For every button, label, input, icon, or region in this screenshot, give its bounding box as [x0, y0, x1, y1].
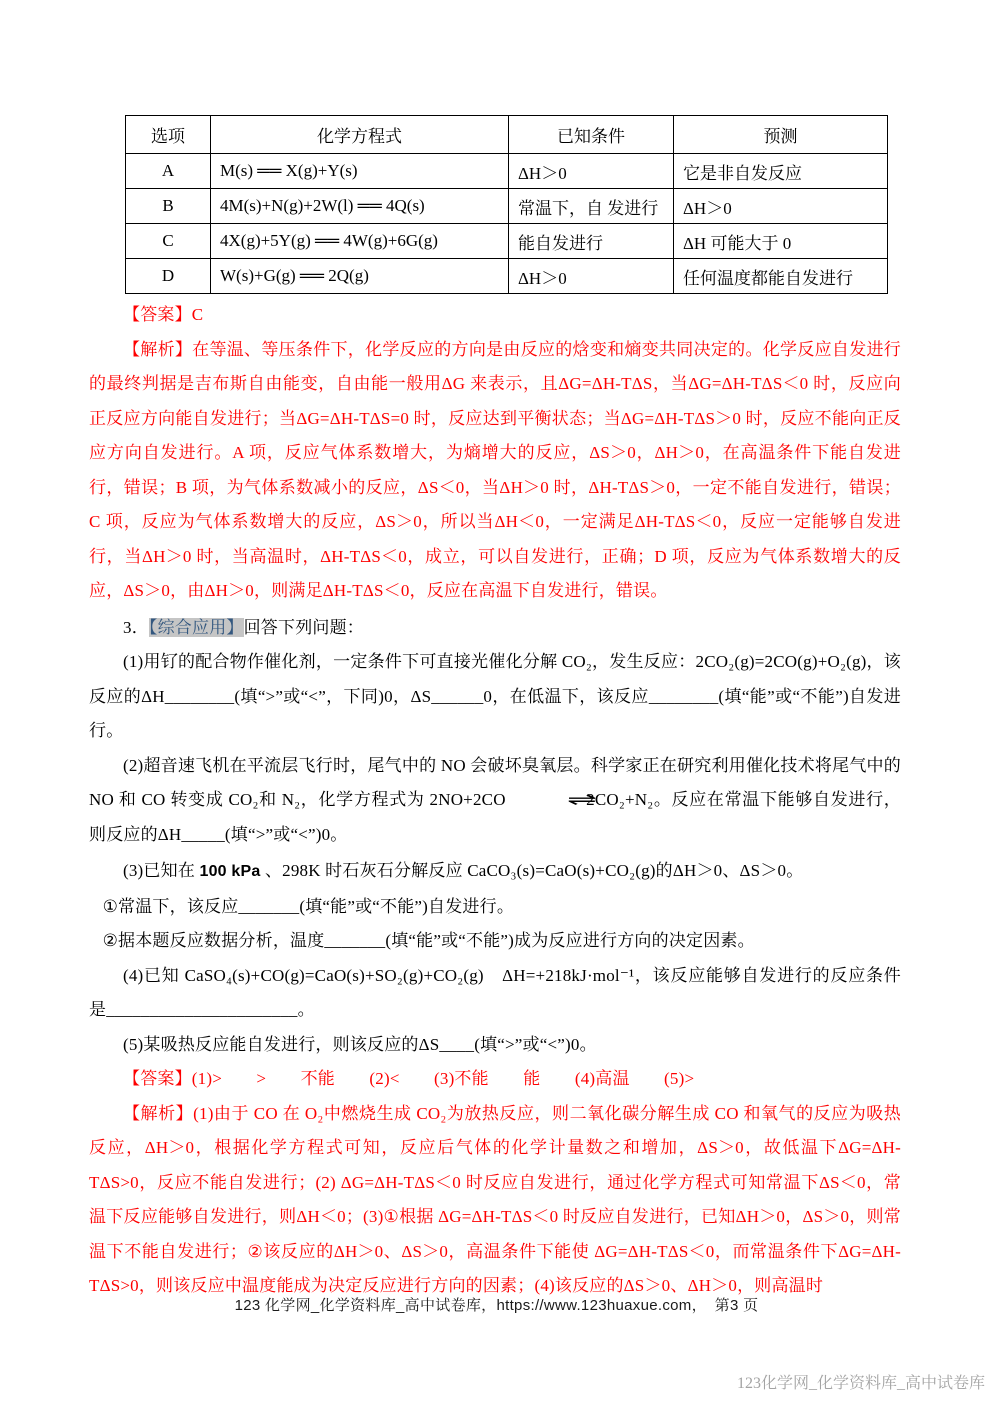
pressure-value: 100 kPa: [199, 863, 260, 880]
q3-part3-paragraph: (3)已知在 100 kPa 、298K 时石灰石分解反应 CaCO₃(s)=C…: [89, 854, 901, 890]
equation-cell: M(s) ══ X(g)+Y(s): [211, 154, 509, 189]
equation-cell: 4X(g)+5Y(g) ══ 4W(g)+6G(g): [211, 224, 509, 259]
option-cell: A: [126, 154, 211, 189]
header-option: 选项: [126, 116, 211, 154]
document-page: 选项 化学方程式 已知条件 预测 A M(s) ══ X(g)+Y(s) ΔH＞…: [89, 0, 901, 1304]
condition-cell: 能自发进行: [509, 224, 674, 259]
condition-cell: ΔH＞0: [509, 259, 674, 294]
q2-analysis-paragraph: 【解析】在等温、等压条件下，化学反应的方向是由反应的焓变和熵变共同决定的。化学反…: [89, 333, 901, 609]
prediction-cell: ΔH 可能大于 0: [674, 224, 888, 259]
condition-cell: 常温下，自 发进行: [509, 189, 674, 224]
page-footer: 123 化学网_化学资料库_高中试卷库，https://www.123huaxu…: [0, 1294, 993, 1315]
q3-part3-text-cont: 、298K 时石灰石分解反应 CaCO₃(s)=CaO(s)+CO₂(g)的ΔH…: [261, 861, 804, 880]
q3-heading: 3．【综合应用】回答下列问题：: [89, 611, 901, 646]
q3-answer-line: 【答案】(1)> > 不能 (2)< (3)不能 能 (4)高温 (5)>: [89, 1062, 901, 1097]
header-prediction: 预测: [674, 116, 888, 154]
option-cell: B: [126, 189, 211, 224]
q3-part3-text: (3)已知在: [123, 861, 199, 880]
table-row-d: D W(s)+G(g) ══ 2Q(g) ΔH＞0 任何温度都能自发进行: [126, 259, 888, 294]
q3-number: 3．: [123, 618, 149, 637]
q3-part3-sub2: ②据本题反应数据分析，温度_______(填“能”或“不能”)成为反应进行方向的…: [89, 924, 901, 959]
q3-part4-paragraph: (4)已知 CaSO₄(s)+CO(g)=CaO(s)+SO₂(g)+CO₂(g…: [89, 959, 901, 1028]
table-header-row: 选项 化学方程式 已知条件 预测: [126, 116, 888, 154]
table-row-a: A M(s) ══ X(g)+Y(s) ΔH＞0 它是非自发反应: [126, 154, 888, 189]
header-equation: 化学方程式: [211, 116, 509, 154]
equation-cell: 4M(s)+N(g)+2W(l) ══ 4Q(s): [211, 189, 509, 224]
q3-part2-paragraph: (2)超音速飞机在平流层飞行时，尾气中的 NO 会破坏臭氧层。科学家正在研究利用…: [89, 749, 901, 853]
q3-part3-sub1: ①常温下，该反应_______(填“能”或“不能”)自发进行。: [89, 890, 901, 925]
prediction-cell: ΔH＞0: [674, 189, 888, 224]
q3-tag-comprehensive-application: 【综合应用】: [149, 618, 244, 637]
q3-analysis-paragraph: 【解析】(1)由于 CO 在 O₂中燃烧生成 CO₂为放热反应，则二氧化碳分解生…: [89, 1097, 901, 1304]
q3-part5-paragraph: (5)某吸热反应能自发进行，则该反应的ΔS____(填“>”或“<”)0。: [89, 1028, 901, 1063]
option-cell: C: [126, 224, 211, 259]
equation-cell: W(s)+G(g) ══ 2Q(g): [211, 259, 509, 294]
condition-cell: ΔH＞0: [509, 154, 674, 189]
table-row-b: B 4M(s)+N(g)+2W(l) ══ 4Q(s) 常温下，自 发进行 ΔH…: [126, 189, 888, 224]
site-watermark: 123化学网_化学资料库_高中试卷库: [737, 1370, 985, 1393]
table-row-c: C 4X(g)+5Y(g) ══ 4W(g)+6G(g) 能自发进行 ΔH 可能…: [126, 224, 888, 259]
q3-intro-text: 回答下列问题：: [244, 618, 364, 637]
prediction-cell: 它是非自发反应: [674, 154, 888, 189]
q2-answer-line: 【答案】C: [89, 298, 901, 333]
q3-part1-paragraph: (1)用钌的配合物作催化剂，一定条件下可直接光催化分解 CO₂，发生反应：2CO…: [89, 645, 901, 749]
equilibrium-arrow: ⇌: [495, 783, 597, 818]
option-cell: D: [126, 259, 211, 294]
header-condition: 已知条件: [509, 116, 674, 154]
prediction-cell: 任何温度都能自发进行: [674, 259, 888, 294]
question-table: 选项 化学方程式 已知条件 预测 A M(s) ══ X(g)+Y(s) ΔH＞…: [125, 115, 888, 294]
